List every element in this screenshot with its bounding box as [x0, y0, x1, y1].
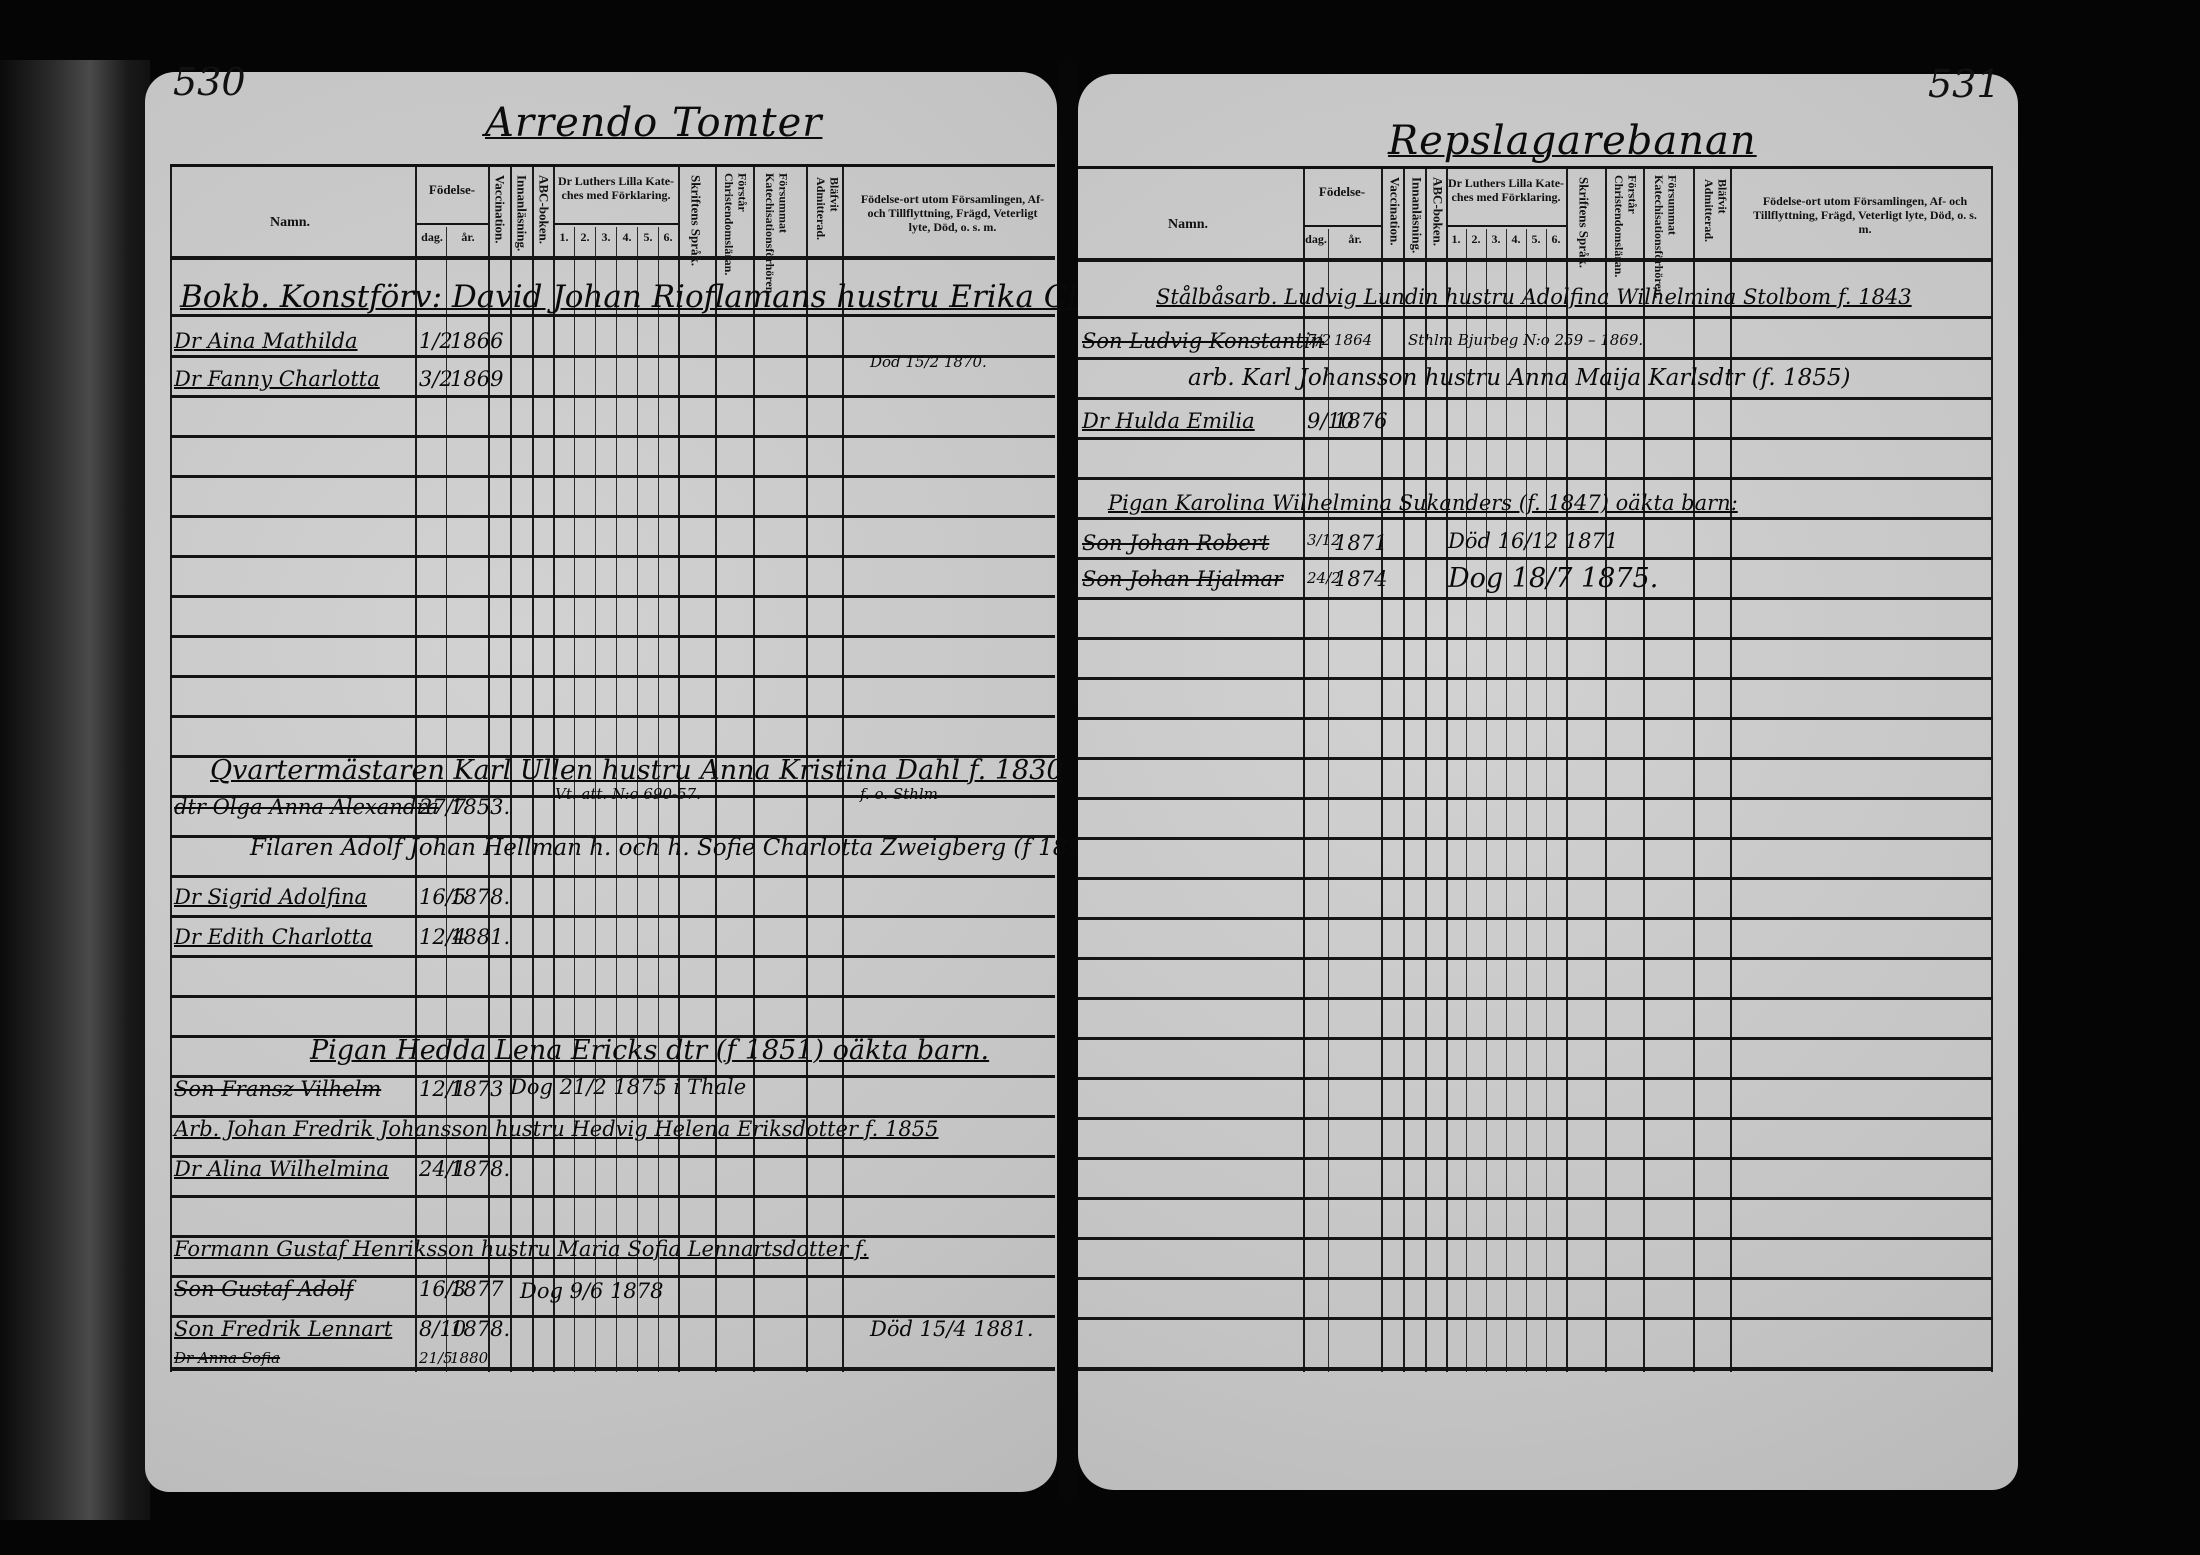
header-abc: ABC-boken. — [536, 175, 550, 244]
entry-note: Dog 21/2 1875 i Thale — [510, 1075, 746, 1099]
section-title: Arrendo Tomter — [485, 100, 822, 146]
entry-year: 1874 — [1334, 567, 1387, 591]
household-heading: Stålbåsarb. Ludvig Lundin hustru Adolfin… — [1156, 285, 1912, 309]
entry-name: Dr Hulda Emilia — [1082, 409, 1255, 433]
entry-remarks: Död 15/2 1870. — [870, 353, 987, 371]
header-vaccination: Vaccination. — [1387, 177, 1401, 246]
header-cat-2: 2. — [576, 231, 594, 245]
header-cat-2: 2. — [1467, 233, 1485, 247]
entry-name: Dr Alina Wilhelmina — [174, 1157, 389, 1181]
header-birth: Födelse- — [1304, 185, 1380, 200]
header-catechism-hearing: Försummat Katechisationsförhören. — [763, 173, 789, 253]
header-cat-1: 1. — [1447, 233, 1465, 247]
right-page: 531 Repslagarebanan Namn. Födelse- dag. … — [1078, 74, 2018, 1490]
header-name: Namn. — [1128, 217, 1248, 233]
header-cat-3: 3. — [1487, 233, 1505, 247]
header-catechism: Dr Luthers Lilla Kate-ches med Förklarin… — [1447, 177, 1565, 205]
entry-day: 1/2 — [419, 329, 453, 353]
household-heading: arb. Karl Johansson hustru Anna Maija Ka… — [1188, 365, 1851, 391]
entry-name: Son Johan Hjalmar — [1082, 567, 1283, 591]
entry-year: 1876 — [1334, 409, 1387, 433]
section-title: Repslagarebanan — [1388, 118, 1757, 164]
household-heading: Pigan Hedda Lena Ericks dtr (f 1851) oäk… — [310, 1035, 989, 1066]
header-christian-doctrine: Förstår Christendomsläran. — [1612, 175, 1638, 251]
entry-year: 1869 — [450, 367, 503, 391]
entry-year: 1880 — [450, 1349, 488, 1367]
header-abc: ABC-boken. — [1430, 177, 1444, 246]
entry-year: 1878. — [450, 1157, 510, 1181]
entry-year: 1878. — [450, 1317, 510, 1341]
header-birth-day: dag. — [1304, 233, 1328, 247]
header-vaccination: Vaccination. — [492, 175, 506, 244]
header-birth: Födelse- — [416, 183, 488, 198]
entry-name: Dr Sigrid Adolfina — [174, 885, 367, 909]
header-reading: Innanläsning. — [514, 175, 528, 251]
entry-name: Son Gustaf Adolf — [174, 1277, 353, 1301]
header-cat-1: 1. — [555, 231, 573, 245]
header-cat-4: 4. — [618, 231, 636, 245]
header-communion: Bläfvit Admitterad. — [1702, 179, 1728, 243]
entry-name: Son Fransz Vilhelm — [174, 1077, 381, 1101]
entry-year: 1877 — [450, 1277, 503, 1301]
entry-remarks: f. o. Sthlm — [860, 785, 938, 803]
header-scripture: Skriftens Språk. — [1576, 177, 1590, 268]
header-remarks: Födelse-ort utom Församlingen, Af- och T… — [860, 193, 1045, 234]
entry-note: Dog 9/6 1878 — [520, 1279, 664, 1303]
header-communion: Bläfvit Admitterad. — [814, 177, 840, 241]
entry-name: Dr Edith Charlotta — [174, 925, 373, 949]
entry-name: Son Fredrik Lennart — [174, 1317, 392, 1341]
entry-day: 21/5 — [419, 1349, 453, 1367]
entry-name: Dr Aina Mathilda — [174, 329, 358, 353]
entry-year: 1866 — [450, 329, 503, 353]
entry-year: 1864 — [1334, 331, 1372, 349]
entry-year: 1881. — [450, 925, 510, 949]
header-cat-6: 6. — [659, 231, 677, 245]
entry-remarks: Död 15/4 1881. — [870, 1317, 1034, 1341]
header-name: Namn. — [230, 215, 350, 231]
header-christian-doctrine: Förstår Christendomsläran. — [722, 173, 748, 249]
header-birth-day: dag. — [418, 231, 446, 245]
entry-day: 7/2 — [1307, 331, 1331, 349]
entry-note: Död 16/12 1871 — [1448, 529, 1618, 553]
entry-name: Dr Anna Sofia — [174, 1349, 280, 1367]
left-page: 530 Arrendo Tomter Namn. Födelse- dag. å… — [145, 72, 1057, 1492]
entry-name: Son Johan Robert — [1082, 531, 1269, 555]
page-number: 530 — [173, 60, 246, 104]
household-heading: Filaren Adolf Johan Hellman h. och h. So… — [250, 835, 1106, 861]
header-cat-6: 6. — [1547, 233, 1565, 247]
household-heading: Pigan Karolina Wilhelmina Sukanders (f. … — [1108, 491, 1738, 515]
header-cat-4: 4. — [1507, 233, 1525, 247]
header-catechism: Dr Luthers Lilla Kate-ches med Förklarin… — [555, 175, 677, 203]
header-cat-5: 5. — [1527, 233, 1545, 247]
register-table-left: Namn. Födelse- dag. år. Vaccination. Inn… — [170, 164, 1055, 1372]
entry-note: Sthlm Bjurbeg N:o 259 – 1869. — [1408, 331, 1643, 349]
entry-year: 1873 — [450, 1077, 503, 1101]
header-cat-3: 3. — [597, 231, 615, 245]
entry-name: Dr Fanny Charlotta — [174, 367, 380, 391]
header-reading: Innanläsning. — [1409, 177, 1423, 253]
entry-year: 1871 — [1334, 531, 1387, 555]
page-number: 531 — [1928, 62, 2001, 106]
header-cat-5: 5. — [639, 231, 657, 245]
register-table-right: Namn. Födelse- dag. år. Vaccination. Inn… — [1078, 166, 1993, 1372]
entry-note: Dog 18/7 1875. — [1448, 563, 1658, 594]
entry-name: Son Ludvig Konstantin — [1082, 329, 1324, 353]
entry-year: 1853. — [450, 795, 510, 819]
header-birth-year: år. — [1332, 233, 1378, 247]
household-heading: Formann Gustaf Henriksson hustru Maria S… — [174, 1237, 869, 1261]
entry-day: 3/2 — [419, 367, 453, 391]
household-heading: Arb. Johan Fredrik Johansson hustru Hedv… — [174, 1117, 938, 1141]
household-heading: Qvartermästaren Karl Ullen hustru Anna K… — [210, 755, 1064, 786]
header-birth-year: år. — [450, 231, 486, 245]
entry-note: Vt. att. N:o 690-57. — [555, 785, 701, 803]
header-remarks: Födelse-ort utom Församlingen, Af- och T… — [1750, 195, 1980, 236]
book-spine — [0, 60, 150, 1520]
entry-name: dtr Olga Anna Alexandra — [174, 795, 439, 819]
header-scripture: Skriftens Språk. — [688, 175, 702, 266]
entry-year: 1878. — [450, 885, 510, 909]
header-catechism-hearing: Försummat Katechisationsförhören. — [1652, 175, 1678, 255]
